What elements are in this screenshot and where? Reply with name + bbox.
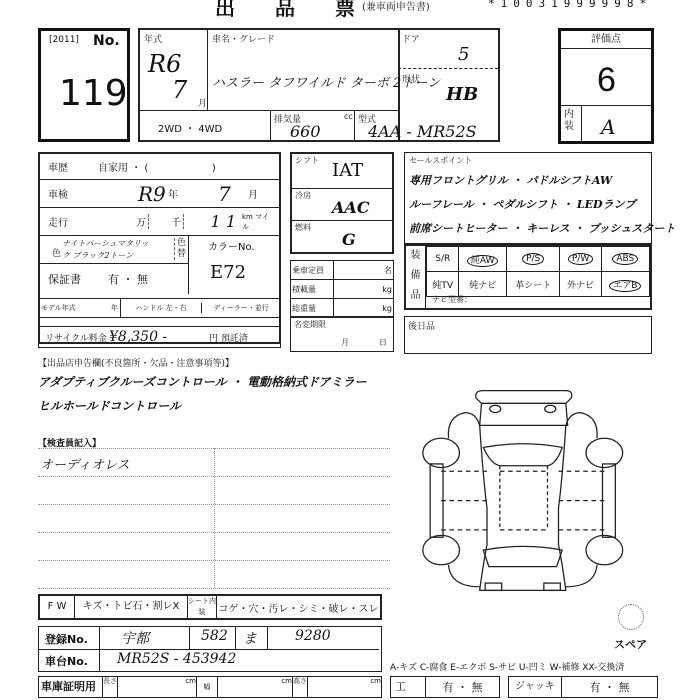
color-label: 色 bbox=[52, 246, 61, 259]
spare-tire-icon bbox=[618, 604, 644, 630]
equip-ps: P/S bbox=[506, 247, 560, 272]
width-label: 幅 bbox=[196, 677, 218, 697]
model-year-row: モデル年式年 ハンドル 左・右 ディーラー・並行 bbox=[38, 298, 281, 318]
capacity-label: 乗車定員 bbox=[291, 261, 334, 280]
fw-label: F W bbox=[40, 596, 75, 618]
door-count: 5 bbox=[458, 44, 469, 65]
tools-value: 有 ・ 無 bbox=[426, 679, 499, 695]
door-label: ドア bbox=[402, 32, 420, 45]
transfer-deadline-box: 名変期限 月 日 bbox=[290, 316, 394, 352]
shape-label: 形状 bbox=[402, 72, 420, 85]
specs-box: シフト IAT 冷房 AAC 燃料 G bbox=[290, 152, 394, 254]
seat-label: シート内装 bbox=[188, 596, 217, 618]
fuel-value: G bbox=[342, 230, 356, 249]
sales-points-text: 専用フロントグリル ・ パドルシフトAW ルーフレール ・ ペダルシフト ・ L… bbox=[409, 169, 675, 241]
recycle-suffix: 円 預託済 bbox=[209, 331, 248, 344]
handle-label: ハンドル 左・右 bbox=[121, 303, 202, 313]
reg-number: 9280 bbox=[295, 628, 331, 644]
overall-score: 6 bbox=[597, 61, 616, 100]
width-unit: cm bbox=[218, 677, 292, 685]
seller-notes-label: 【出品店申告欄(不良箇所・欠品・注意事項等)】 bbox=[38, 356, 234, 369]
color-no-value: E72 bbox=[210, 262, 246, 283]
reg-label: 登録No. bbox=[45, 631, 88, 647]
score-label: 評価点 bbox=[561, 31, 651, 49]
equip-genuine-aw: 純AW bbox=[459, 247, 506, 272]
reg-area: 宇都 bbox=[121, 628, 149, 648]
ac-label: 冷房 bbox=[295, 190, 311, 201]
inspection-year: R9 bbox=[138, 182, 168, 206]
tools-row: 工 具 有 ・ 無 bbox=[390, 676, 500, 698]
registration-box: 登録No. 車台No. 宇都 582 ま 9280 MR52S - 453942 bbox=[38, 626, 382, 672]
warranty-row: 保証書 有 ・ 無 bbox=[40, 264, 188, 294]
spare-label: スペア bbox=[614, 636, 647, 652]
weight-unit: kg bbox=[334, 299, 394, 318]
seller-note-line: ヒルホールドコントロール bbox=[38, 394, 367, 418]
seller-notes: アダプティブクルーズコントロール ・ 電動格納式ドアミラー ヒルホールドコントロ… bbox=[38, 370, 367, 418]
transfer-day: 日 bbox=[379, 337, 387, 348]
fw-items: キズ・トビ石・割レX bbox=[75, 596, 188, 618]
equip-sr: S/R bbox=[427, 247, 459, 272]
color-change-label: 色替 bbox=[174, 238, 184, 260]
sen-unit: 千 bbox=[149, 214, 184, 229]
equipment-grid: S/R 純AW P/S P/W ABS 純TV 純ナビ 革シート 外ナビ エアB bbox=[426, 246, 650, 297]
jack-label: ジャッキ bbox=[509, 677, 562, 697]
man-unit: 万 bbox=[104, 214, 149, 229]
height-label: 高さ bbox=[292, 677, 308, 697]
chassis-number: MR52S - 453942 bbox=[117, 651, 236, 667]
equip-airbag: エアB bbox=[601, 272, 649, 297]
later-items-box: 後日品 bbox=[404, 316, 652, 354]
equip-genuine-navi: 純ナビ bbox=[459, 272, 506, 297]
usage-value: 自家用 ・ ( ) bbox=[98, 159, 216, 174]
warranty-label: 保証書 bbox=[48, 271, 108, 287]
jack-value: 有 ・ 無 bbox=[562, 679, 657, 695]
inspection-row: 車検 R9 年 7 月 bbox=[40, 180, 279, 208]
seller-note-line: アダプティブクルーズコントロール ・ 電動格納式ドアミラー bbox=[38, 370, 367, 394]
transfer-month: 月 bbox=[341, 337, 349, 348]
load-label: 積載量 bbox=[291, 280, 334, 299]
lot-year-tag: [2011] bbox=[49, 35, 79, 45]
mileage-row: 走行 万 千 1 1 km マイル bbox=[40, 208, 279, 236]
sales-points-label: セールスポイント bbox=[409, 155, 472, 166]
model-year-label: モデル年式 bbox=[41, 303, 76, 313]
lot-label: No. bbox=[93, 33, 120, 49]
mileage-label: 走行 bbox=[48, 214, 104, 229]
car-damage-diagram bbox=[410, 370, 630, 600]
color-no-label: カラーNo. bbox=[208, 238, 255, 253]
usage-row: 車歴 自家用 ・ ( ) bbox=[40, 154, 279, 180]
damage-legend: A-キズ C-腐食 E-エクボ S-サビ U-凹ミ W-補修 XX-交換済 bbox=[390, 660, 624, 673]
km-label: km マイル bbox=[242, 212, 272, 232]
recycle-value: ¥8,350 - bbox=[109, 329, 209, 345]
sheet-subtitle: (兼車両申告書) bbox=[362, 0, 430, 13]
seat-items: コゲ・穴・汚レ・シミ・破レ・スレ bbox=[217, 600, 380, 615]
chassis-label: 車台No. bbox=[45, 653, 88, 669]
sales-point-line: ルーフレール ・ ペダルシフト ・ LEDランプ bbox=[409, 193, 675, 217]
lot-number-box: [2011] No. 119 bbox=[38, 28, 130, 142]
displacement-unit: cc bbox=[344, 112, 353, 121]
inspection-label: 車検 bbox=[48, 186, 138, 201]
jack-row: ジャッキ 有 ・ 無 bbox=[508, 676, 658, 698]
month-value: 7 bbox=[172, 76, 187, 104]
drive-type: 2WD ・ 4WD bbox=[158, 120, 222, 135]
garage-label: 車庫証明用 bbox=[39, 677, 103, 697]
weights-table: 乗車定員名 積載量kg 総重量kg bbox=[290, 260, 394, 318]
reg-class: 582 bbox=[201, 628, 228, 644]
model-year-suffix: 年 bbox=[111, 303, 118, 313]
windshield-seat-row: F W キズ・トビ石・割レX シート内装 コゲ・穴・汚レ・シミ・破レ・スレ bbox=[38, 594, 382, 620]
length-label: 長さ bbox=[103, 677, 118, 697]
year-value: R6 bbox=[148, 50, 181, 78]
color-value: ナイトバーシュマタリック ブラック2トーン bbox=[62, 238, 152, 262]
score-box: 評価点 6 内装 A bbox=[558, 28, 654, 144]
displacement-value: 660 bbox=[290, 122, 321, 141]
equip-pw: P/W bbox=[560, 247, 601, 272]
equip-leather-seat: 革シート bbox=[506, 272, 560, 297]
equipment-box: 装備品 S/R 純AW P/S P/W ABS 純TV 純ナビ 革シート 外ナビ… bbox=[404, 244, 652, 310]
transfer-label: 名変期限 bbox=[294, 319, 326, 330]
inspector-note: オーディオレス bbox=[40, 454, 130, 473]
dealer-label: ディーラー・並行 bbox=[202, 303, 280, 313]
equip-aftermarket-navi: 外ナビ bbox=[560, 272, 601, 297]
month-unit: 月 bbox=[198, 96, 207, 109]
ac-value: AAC bbox=[332, 198, 370, 217]
equipment-side-label: 装備品 bbox=[406, 246, 426, 308]
inspection-month-unit: 月 bbox=[248, 186, 258, 201]
reg-kana: ま bbox=[243, 628, 257, 648]
mileage-digits: 1 1 bbox=[184, 212, 236, 231]
height-unit: cm bbox=[308, 677, 381, 685]
color-row: 色 ナイトバーシュマタリック ブラック2トーン 色替 bbox=[40, 236, 188, 264]
warranty-value: 有 ・ 無 bbox=[108, 271, 148, 287]
interior-label: 内装 bbox=[564, 109, 576, 133]
capacity-unit: 名 bbox=[334, 261, 394, 280]
interior-score: A bbox=[601, 115, 615, 139]
sales-point-line: 前席シートヒーター ・ キーレス ・ プッシュスタート bbox=[409, 217, 675, 241]
equip-genuine-tv: 純TV bbox=[427, 272, 459, 297]
shape-value: HB bbox=[446, 84, 478, 105]
shift-value: IAT bbox=[332, 160, 363, 181]
sales-points-box: セールスポイント 専用フロントグリル ・ パドルシフトAW ルーフレール ・ ペ… bbox=[404, 152, 652, 244]
tools-label: 工 具 bbox=[391, 677, 426, 697]
usage-label: 車歴 bbox=[48, 159, 98, 174]
inspector-notes-lines: オーディオレス bbox=[38, 448, 390, 588]
barcode-text: *10031999998* bbox=[488, 0, 652, 10]
equip-abs: ABS bbox=[601, 247, 649, 272]
inspection-month: 7 bbox=[218, 182, 248, 206]
navi-model-label: ナビ型番： bbox=[432, 294, 472, 305]
model-code: 4AA - MR52S bbox=[368, 122, 477, 141]
recycle-row: リサイクル料金 ¥8,350 - 円 預託済 bbox=[38, 326, 281, 348]
shift-label: シフト bbox=[295, 155, 319, 166]
later-items-label: 後日品 bbox=[408, 319, 435, 332]
name-label: 車名・グレード bbox=[212, 32, 275, 45]
lot-number: 119 bbox=[59, 73, 128, 114]
year-cell: 年式 R6 7 月 bbox=[140, 30, 208, 110]
sales-point-line: 専用フロントグリル ・ パドルシフトAW bbox=[409, 169, 675, 193]
garage-row: 車庫証明用 長さ cm 幅 cm 高さ cm bbox=[38, 676, 382, 698]
inspection-year-unit: 年 bbox=[168, 186, 218, 201]
weight-label: 総重量 bbox=[291, 299, 334, 318]
load-unit: kg bbox=[334, 280, 394, 299]
fuel-label: 燃料 bbox=[295, 222, 311, 233]
length-unit: cm bbox=[118, 677, 196, 685]
recycle-label: リサイクル料金 bbox=[45, 331, 109, 344]
vehicle-info-box-right: cc 型式 4AA - MR52S ドア 5 形状 HB bbox=[398, 28, 500, 142]
year-label: 年式 bbox=[144, 32, 162, 45]
